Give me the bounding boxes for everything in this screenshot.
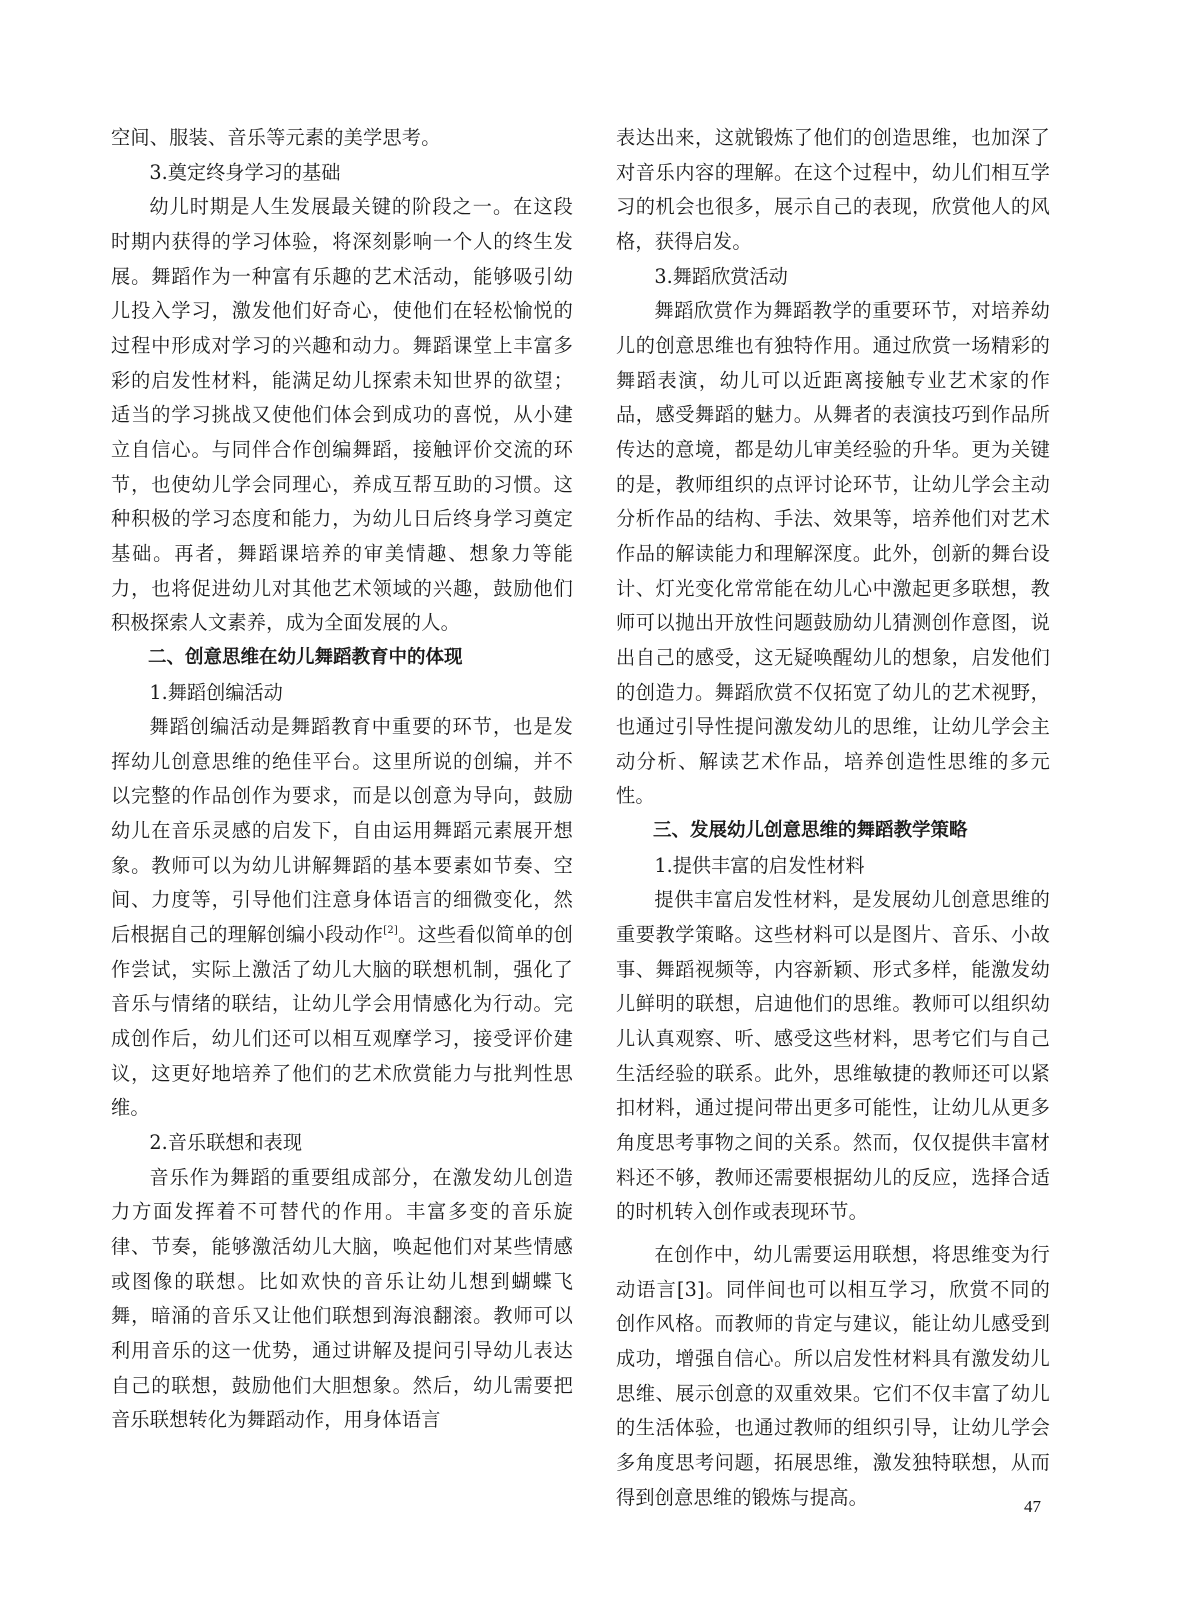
- section-heading-2: 二、创意思维在幼儿舞蹈教育中的体现: [111, 641, 573, 676]
- text: 。这些看似简单的创作尝试，实际上激活了幼儿大脑的联想机制，强化了音乐与情绪的联结…: [111, 923, 573, 1119]
- paragraph-lifelong-learning: 幼儿时期是人生发展最关键的阶段之一。在这段时期内获得的学习体验，将深刻影响一个人…: [111, 190, 573, 641]
- page-number: 47: [1024, 1497, 1041, 1517]
- paragraph-creation: 在创作中，幼儿需要运用联想，将思维变为行动语言[3]。同伴间也可以相互学习，欣赏…: [616, 1238, 1050, 1515]
- subheading-music-association: 2.音乐联想和表现: [111, 1126, 573, 1161]
- subheading-dance-choreography: 1.舞蹈创编活动: [111, 676, 573, 711]
- paragraph-dance-appreciation: 舞蹈欣赏作为舞蹈教学的重要环节，对培养幼儿的创意思维也有独特作用。通过欣赏一场精…: [616, 294, 1050, 814]
- subheading-inspiring-materials: 1.提供丰富的启发性材料: [616, 849, 1050, 884]
- right-column: 表达出来，这就锻炼了他们的创造思维，也加深了对音乐内容的理解。在这个过程中，幼儿…: [616, 121, 1050, 1515]
- paragraph-dance-choreography: 舞蹈创编活动是舞蹈教育中重要的环节，也是发挥幼儿创意思维的绝佳平台。这里所说的创…: [111, 710, 573, 1126]
- subheading-dance-appreciation: 3.舞蹈欣赏活动: [616, 260, 1050, 295]
- section-heading-3: 三、发展幼儿创意思维的舞蹈教学策略: [616, 814, 1050, 849]
- text: 舞蹈创编活动是舞蹈教育中重要的环节，也是发挥幼儿创意思维的绝佳平台。这里所说的创…: [111, 715, 573, 946]
- subheading-lifelong-learning: 3.奠定终身学习的基础: [111, 156, 573, 191]
- paragraph-continued: 表达出来，这就锻炼了他们的创造思维，也加深了对音乐内容的理解。在这个过程中，幼儿…: [616, 121, 1050, 260]
- citation-ref: [2]: [383, 925, 398, 936]
- left-column: 空间、服装、音乐等元素的美学思考。 3.奠定终身学习的基础 幼儿时期是人生发展最…: [111, 121, 573, 1438]
- paragraph-inspiring-materials: 提供丰富启发性材料，是发展幼儿创意思维的重要教学策略。这些材料可以是图片、音乐、…: [616, 883, 1050, 1230]
- paragraph-music-association: 音乐作为舞蹈的重要组成部分，在激发幼儿创造力方面发挥着不可替代的作用。丰富多变的…: [111, 1161, 573, 1438]
- paragraph-continued: 空间、服装、音乐等元素的美学思考。: [111, 121, 573, 156]
